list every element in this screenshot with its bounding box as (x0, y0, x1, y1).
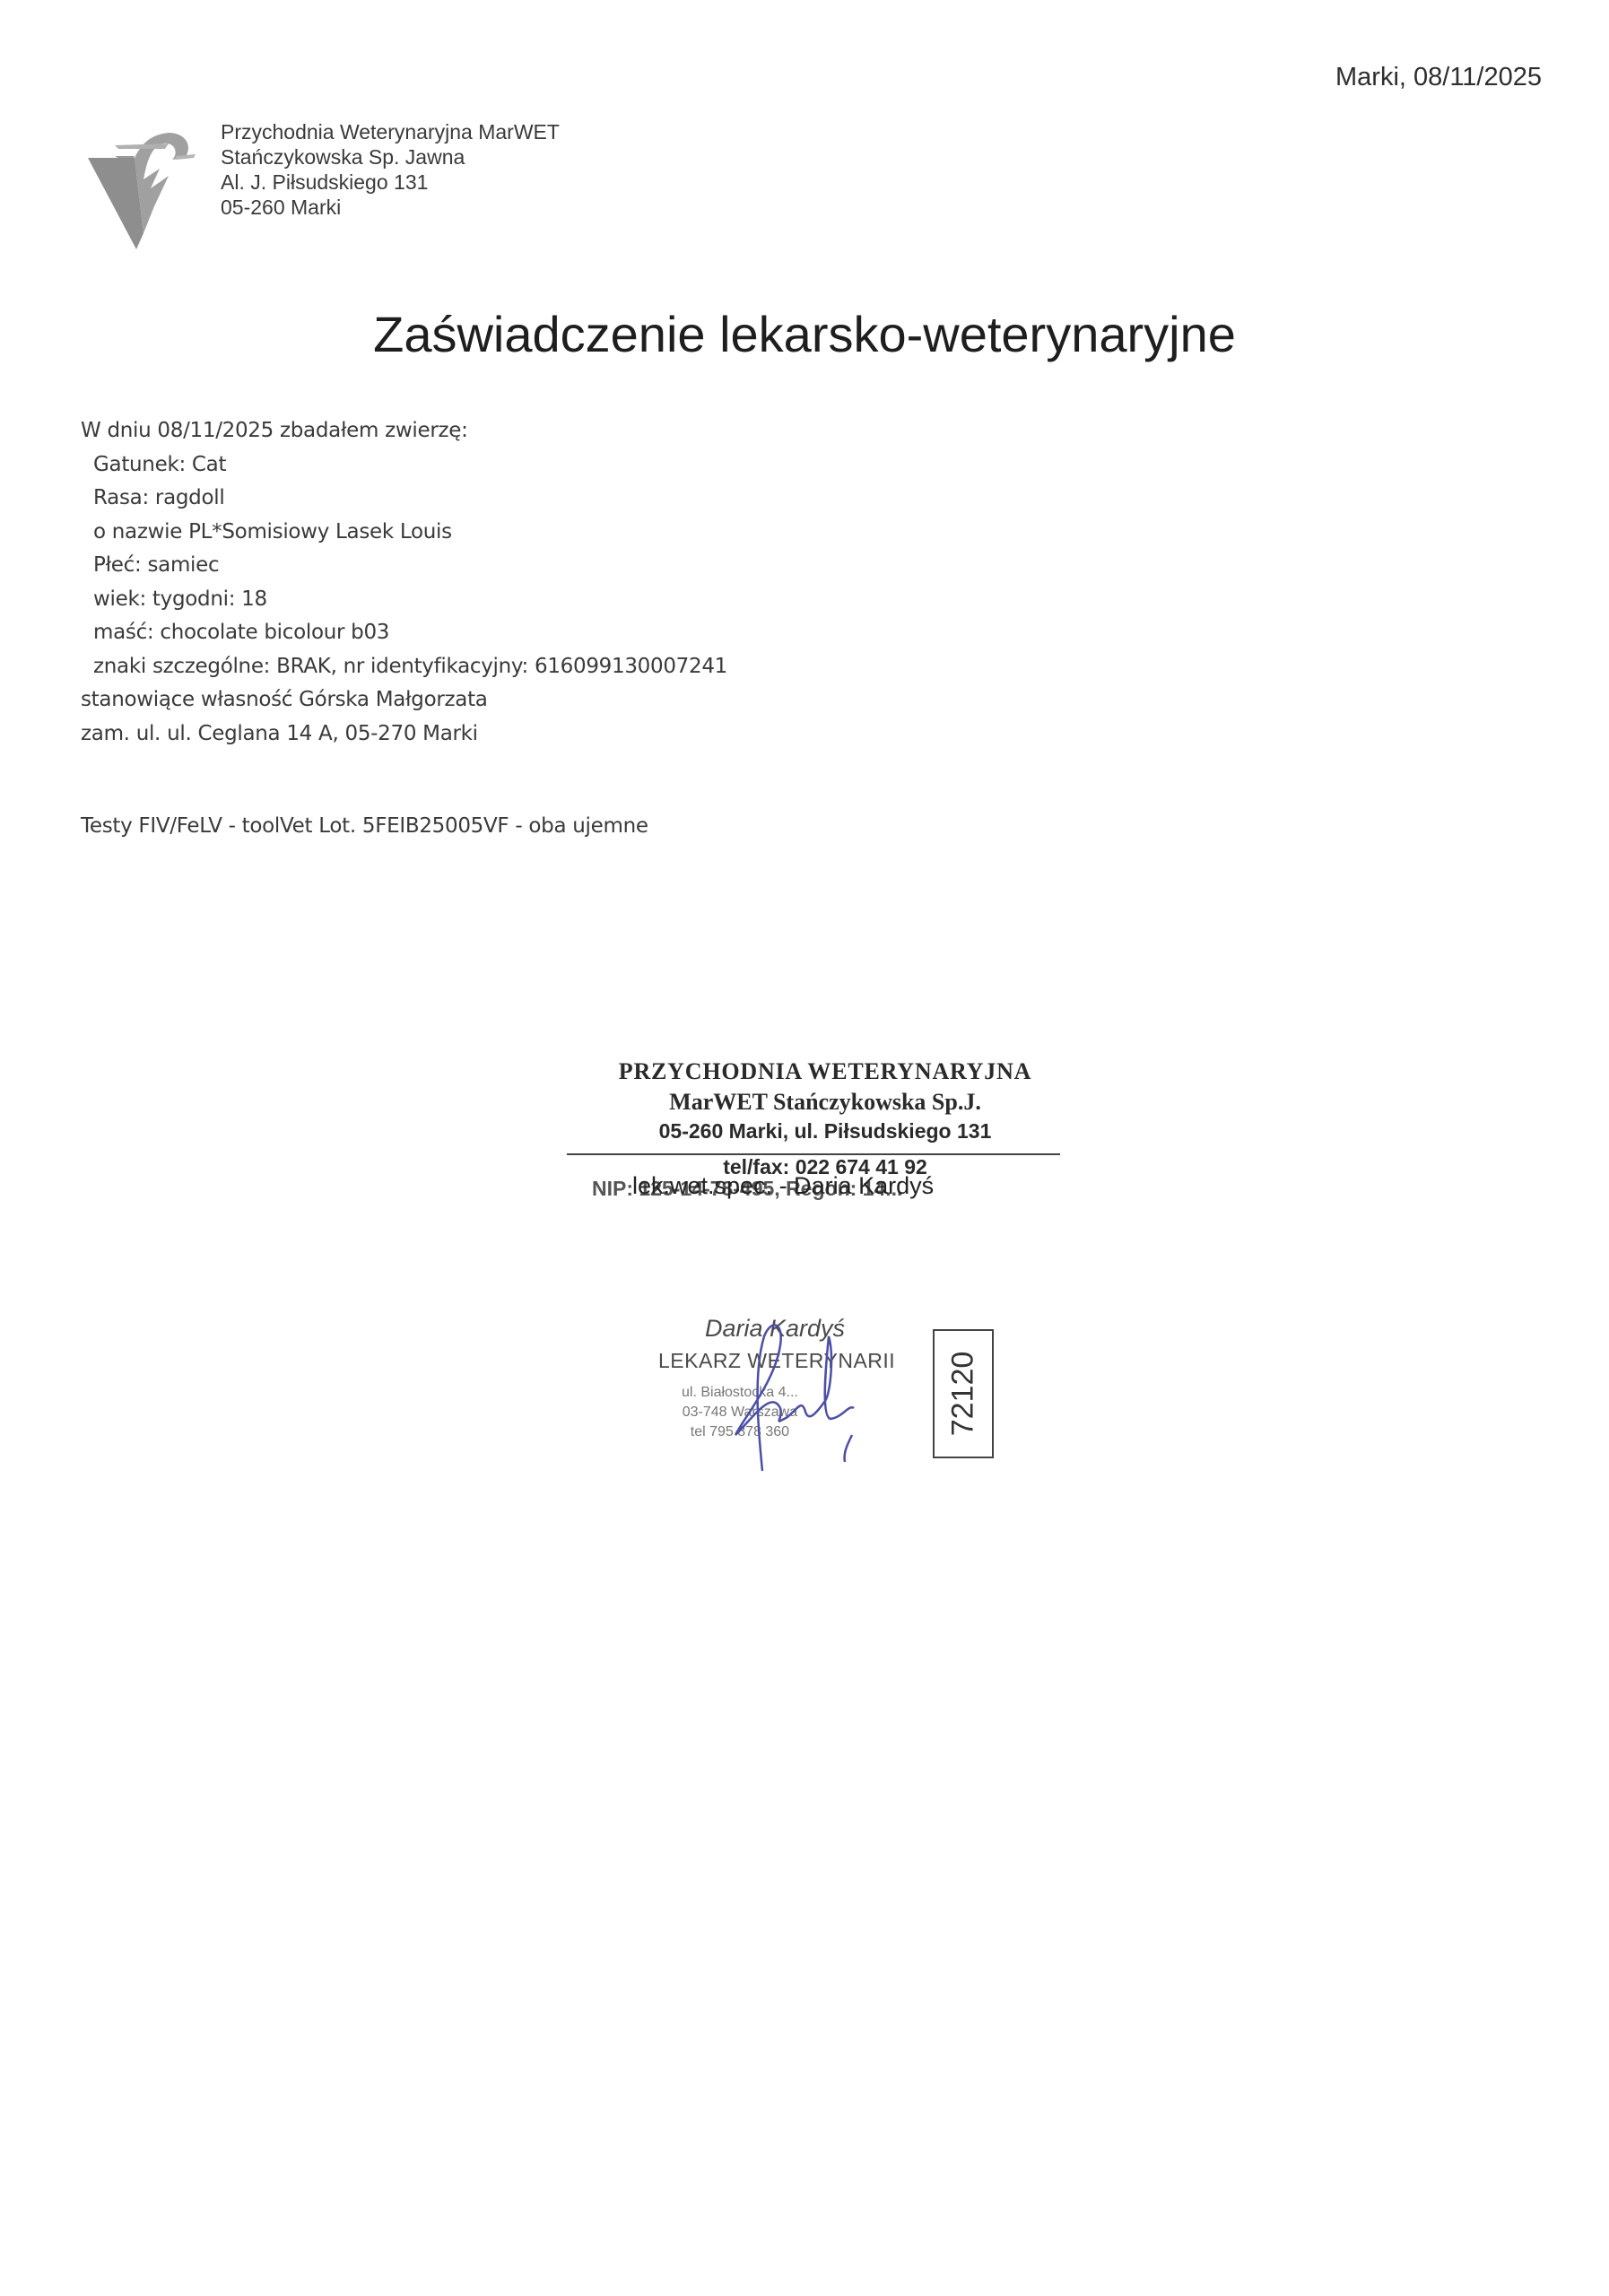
clinic-company: Stańczykowska Sp. Jawna (221, 144, 560, 170)
place-date: Marki, 08/11/2025 (1335, 63, 1542, 92)
clinic-street: Al. J. Piłsudskiego 131 (221, 170, 560, 195)
exam-species: Gatunek: Cat (81, 448, 727, 483)
test-results: Testy FIV/FeLV - toolVet Lot. 5FEIB25005… (81, 814, 648, 838)
vet-bird-logo-icon (79, 126, 196, 251)
exam-color: maść: chocolate bicolour b03 (81, 616, 727, 650)
clinic-header: Przychodnia Weterynaryjna MarWET Stańczy… (221, 119, 560, 220)
clinic-city: 05-260 Marki (221, 195, 560, 220)
exam-breed: Rasa: ragdoll (81, 482, 727, 516)
exam-name: o nazwie PL*Somisiowy Lasek Louis (81, 516, 727, 550)
clinic-stamp: PRZYCHODNIA WETERYNARYJNA MarWET Stańczy… (556, 1058, 1094, 1220)
exam-intro: W dniu 08/11/2025 zbadałem zwierzę: (81, 414, 727, 448)
exam-age: wiek: tygodni: 18 (81, 583, 727, 617)
exam-marks: znaki szczególne: BRAK, nr identyfikacyj… (81, 650, 727, 684)
handwritten-signature-icon (709, 1318, 906, 1480)
stamp-line-2: MarWET Stańczykowska Sp.J. (556, 1089, 1094, 1116)
exam-address: zam. ul. ul. Ceglana 14 A, 05-270 Marki (81, 717, 727, 752)
license-number-box: 72120 (933, 1329, 994, 1458)
stamp-line-1: PRZYCHODNIA WETERYNARYJNA (556, 1058, 1094, 1085)
signer-overlay: lek.wet.spec. - Daria Kardyś (632, 1172, 934, 1200)
license-number: 72120 (946, 1352, 981, 1437)
document-title: Zaświadczenie lekarsko-weterynaryjne (0, 305, 1609, 363)
exam-sex: Płeć: samiec (81, 549, 727, 583)
examination-details: W dniu 08/11/2025 zbadałem zwierzę: Gatu… (81, 414, 727, 751)
exam-owner: stanowiące własność Górska Małgorzata (81, 683, 727, 717)
certificate-page: Marki, 08/11/2025 Przychodnia Weterynary… (0, 0, 1609, 2296)
stamp-line-3: 05-260 Marki, ul. Piłsudskiego 131 (556, 1119, 1094, 1144)
clinic-name: Przychodnia Weterynaryjna MarWET (221, 119, 560, 144)
